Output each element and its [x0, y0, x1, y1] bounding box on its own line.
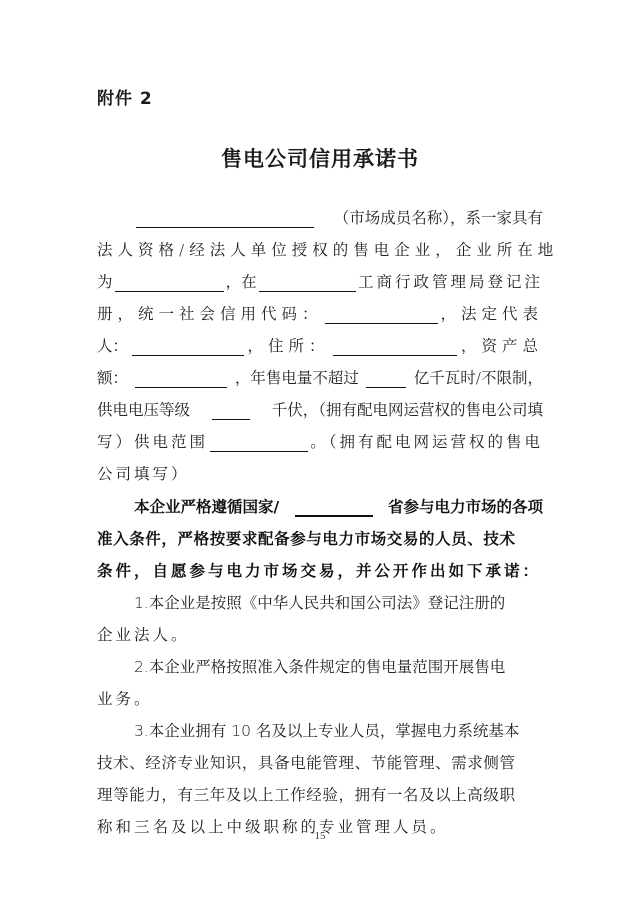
intro-text: 亿千瓦时/不限制，	[414, 363, 543, 393]
intro-line-7: 供电电压等级 千伏，（拥有配电网运营权的售电公司填	[97, 395, 543, 425]
intro-line-3: 为 ，在 工商行政管理局登记注	[97, 267, 543, 297]
company-location-blank[interactable]	[115, 273, 224, 292]
commitment-line-1: 本企业严格遵循国家/ 省参与电力市场的各项	[134, 492, 543, 522]
intro-line-1: （市场成员名称），系一家具有	[134, 203, 543, 233]
item-3-line-1: 3.本企业拥有 10 名及以上专业人员，掌握电力系统基本	[134, 716, 543, 746]
intro-text: 公司填写）	[97, 459, 190, 489]
intro-line-8: 写）供电范围 。（拥有配电网运营权的售电	[97, 427, 543, 457]
item-1-text: 企业法人。	[97, 620, 190, 650]
intro-line-9: 公司填写）	[97, 459, 543, 489]
intro-line-2: 法人资格/经法人单位授权的售电企业，企业所在地	[97, 235, 543, 265]
page-number: 15	[0, 830, 640, 842]
item-3-line-3: 理等能力，有三年及以上工作经验，拥有一名及以上高级职	[97, 780, 543, 810]
total-assets-blank[interactable]	[135, 369, 227, 388]
attachment-label: 附件 2	[97, 84, 153, 109]
item-1-line-1: 1.本企业是按照《中华人民共和国公司法》登记注册的	[134, 588, 543, 618]
commitment-text: 准入条件，严格按要求配备参与电力市场交易的人员、技术	[97, 524, 516, 554]
intro-text: 写）供电范围	[97, 427, 208, 457]
commitment-text: 省参与电力市场的各项	[388, 492, 543, 522]
commitment-text: 本企业严格遵循国家/	[134, 492, 279, 522]
registration-bureau-blank[interactable]	[259, 273, 356, 292]
document-page: 附件 2 售电公司信用承诺书 （市场成员名称），系一家具有 法人资格/经法人单位…	[0, 0, 640, 905]
intro-text: 册，统一社会信用代码：	[97, 299, 323, 329]
intro-text: 额：	[97, 363, 128, 393]
item-2-line-2: 业务。	[97, 684, 543, 714]
supply-area-blank[interactable]	[210, 433, 308, 452]
legal-representative-blank[interactable]	[132, 337, 244, 356]
credit-code-blank[interactable]	[325, 305, 439, 324]
intro-text: 法人资格/经法人单位授权的售电企业，企业所在地	[97, 235, 558, 265]
intro-text: 供电电压等级	[97, 395, 190, 425]
item-3-text: 技术、经济专业知识，具备电能管理、节能管理、需求侧管	[97, 748, 516, 778]
commitment-line-2: 准入条件，严格按要求配备参与电力市场交易的人员、技术	[97, 524, 543, 554]
intro-text: ，住所：	[247, 331, 329, 361]
item-3-text: 3.本企业拥有 10 名及以上专业人员，掌握电力系统基本	[134, 716, 519, 746]
market-member-name-blank[interactable]	[136, 209, 314, 228]
intro-text: ，年售电量不超过	[235, 363, 359, 393]
intro-text: ，法定代表	[440, 299, 543, 329]
intro-line-4: 册，统一社会信用代码： ，法定代表	[97, 299, 543, 329]
commitment-text: 条件，自愿参与电力市场交易，并公开作出如下承诺：	[97, 556, 541, 586]
item-2-line-1: 2.本企业严格按照准入条件规定的售电量范围开展售电	[134, 652, 543, 682]
voltage-level-blank[interactable]	[212, 401, 250, 420]
province-blank[interactable]	[295, 497, 373, 517]
intro-line-6: 额： ，年售电量不超过 亿千瓦时/不限制，	[97, 363, 543, 393]
intro-text: 为	[97, 267, 113, 297]
intro-text: 人：	[97, 331, 128, 361]
intro-text: 千伏，（拥有配电网运营权的售电公司填	[272, 395, 543, 425]
intro-text: 。（拥有配电网运营权的售电	[310, 427, 543, 457]
item-1-line-2: 企业法人。	[97, 620, 543, 650]
intro-text: （市场成员名称），系一家具有	[334, 203, 543, 233]
intro-text: ，在	[226, 267, 257, 297]
item-1-text: 1.本企业是按照《中华人民共和国公司法》登记注册的	[134, 588, 505, 618]
item-2-text: 2.本企业严格按照准入条件规定的售电量范围开展售电	[134, 652, 505, 682]
document-title: 售电公司信用承诺书	[0, 143, 640, 173]
intro-text: ，资产总	[461, 331, 543, 361]
address-blank[interactable]	[333, 337, 457, 356]
intro-line-5: 人： ，住所： ，资产总	[97, 331, 543, 361]
item-3-line-2: 技术、经济专业知识，具备电能管理、节能管理、需求侧管	[97, 748, 543, 778]
annual-sales-blank[interactable]	[366, 369, 406, 388]
item-3-text: 理等能力，有三年及以上工作经验，拥有一名及以上高级职	[97, 780, 516, 810]
intro-text: 工商行政管理局登记注	[358, 267, 543, 297]
item-2-text: 业务。	[97, 684, 153, 714]
commitment-line-3: 条件，自愿参与电力市场交易，并公开作出如下承诺：	[97, 556, 543, 586]
